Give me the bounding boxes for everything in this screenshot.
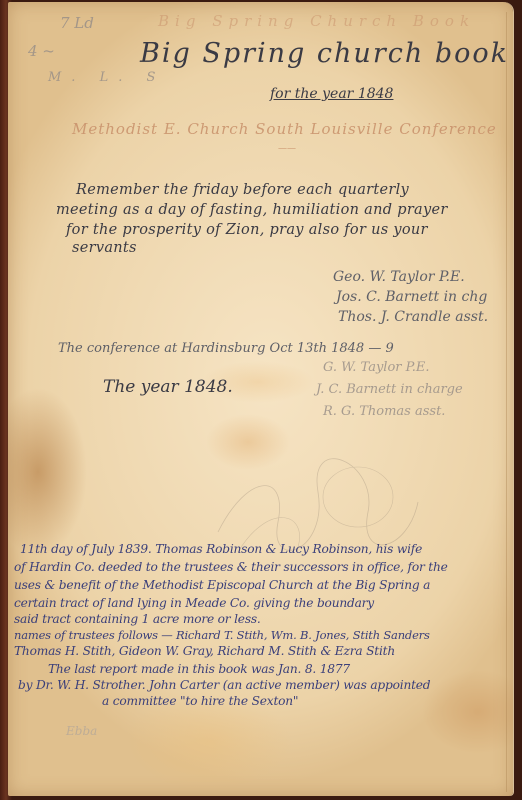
margin-note: 4 ~: [28, 42, 55, 60]
ledger-page: 7 Ld 4 ~ M. L. S Big Spring Church Book …: [8, 2, 513, 796]
exhortation-line: meeting as a day of fasting, humiliation…: [56, 202, 448, 218]
exhortation-line: Remember the friday before each quarterl…: [76, 182, 409, 198]
year-label: The year 1848.: [103, 377, 233, 397]
faded-header: Big Spring Church Book: [158, 12, 475, 30]
margin-note: 7 Ld: [60, 14, 94, 32]
deed-line: said tract containing 1 acre more or les…: [14, 612, 261, 626]
footer-note: Ebba: [66, 724, 97, 738]
page-edge: [506, 12, 507, 792]
page-title: Big Spring church book: [140, 38, 509, 69]
page-subtitle: for the year 1848: [270, 86, 393, 102]
signature: R. G. Thomas asst.: [323, 404, 445, 419]
deed-line: 11th day of July 1839. Thomas Robinson &…: [20, 542, 422, 556]
conference-record-line: The conference at Hardinsburg Oct 13th 1…: [58, 341, 394, 356]
exhortation-line: for the prosperity of Zion, pray also fo…: [66, 222, 428, 238]
conference-subnote: ——: [278, 144, 296, 154]
deed-line: uses & benefit of the Methodist Episcopa…: [14, 578, 430, 592]
signature: Jos. C. Barnett in chg: [336, 289, 487, 305]
conference-heading: Methodist E. Church South Louisville Con…: [72, 120, 497, 138]
deed-line: names of trustees follows — Richard T. S…: [14, 628, 430, 642]
signature: Geo. W. Taylor P.E.: [333, 269, 465, 285]
margin-note: M. L. S: [48, 70, 165, 85]
report-line: The last report made in this book was Ja…: [48, 662, 350, 676]
signature: J. C. Barnett in charge: [316, 382, 463, 397]
exhortation-line: servants: [72, 240, 137, 256]
signature: G. W. Taylor P.E.: [323, 360, 430, 375]
report-line: by Dr. W. H. Strother. John Carter (an a…: [18, 678, 430, 692]
signature: Thos. J. Crandle asst.: [338, 309, 488, 325]
deed-line: of Hardin Co. deeded to the trustees & t…: [14, 560, 448, 574]
deed-line: Thomas H. Stith, Gideon W. Gray, Richard…: [14, 644, 395, 658]
report-line: a committee "to hire the Sexton": [102, 694, 298, 708]
deed-line: certain tract of land lying in Meade Co.…: [14, 596, 374, 610]
